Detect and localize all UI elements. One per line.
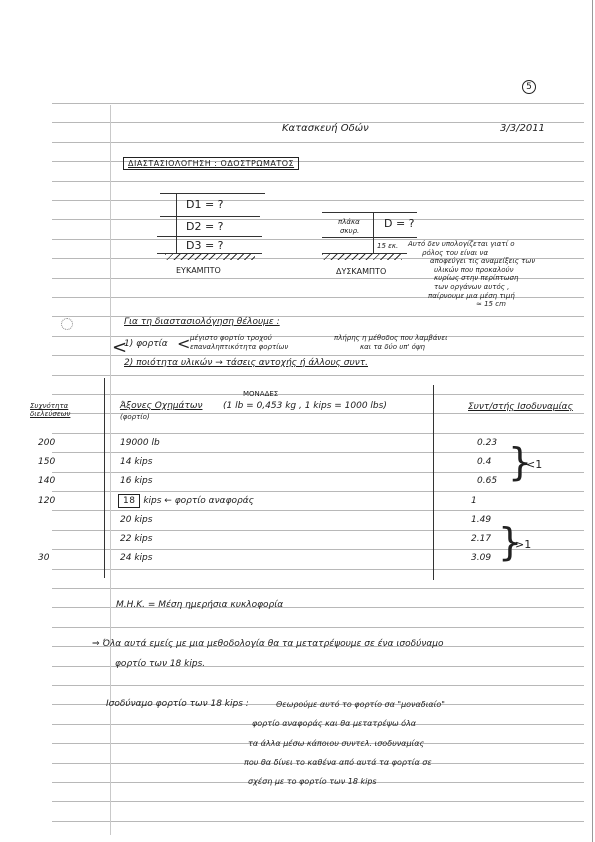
- col-factor-header: Συντ/στής Ισοδυναμίας: [468, 402, 573, 412]
- row-load: 19000 lb: [120, 438, 160, 448]
- rigid-note-line: κυρίως στην περίπτωση: [434, 274, 518, 282]
- ruled-line: [52, 394, 584, 395]
- row-load: 22 kips: [120, 534, 152, 544]
- requirements-intro: Για τη διαστασιολόγηση θέλουμε :: [124, 317, 280, 327]
- ruled-line: [52, 375, 584, 376]
- row-load: 24 kips: [120, 553, 152, 563]
- section-title: ΔΙΑΣΤΑΣΙΟΛΟΓΗΣΗ : ΟΔΟΣΤΡΩΜΑΤΟΣ: [123, 159, 299, 168]
- group-less-than-one: <1: [526, 458, 542, 471]
- row-load: 16 kips: [120, 476, 152, 486]
- requirement-1-sub-a: μέγιστο φορτίο τροχού: [190, 334, 272, 342]
- row-load: 20 kips: [120, 515, 152, 525]
- requirement-2: 2) ποιότητα υλικών → τάσεις αντοχής ή άλ…: [124, 358, 368, 368]
- ruled-line: [52, 821, 584, 822]
- ruled-line: [52, 627, 584, 628]
- ruled-line: [52, 433, 584, 434]
- notebook-page: 5 Κατασκευή Οδών 3/3/2011 ΔΙΑΣΤΑΣΙΟΛΟΓΗΣ…: [0, 0, 595, 842]
- ruled-line: [52, 588, 584, 589]
- layer-line: [322, 212, 417, 213]
- row-factor: 2.17: [471, 534, 491, 544]
- page-title: Κατασκευή Οδών: [282, 123, 369, 134]
- ground-hatch: [322, 254, 402, 260]
- layer-line: [160, 216, 260, 217]
- slab-label-2: σκυρ.: [340, 227, 359, 235]
- reference-load-box: 18: [118, 494, 140, 508]
- ruled-line: [52, 685, 584, 686]
- ruled-line: [52, 472, 584, 473]
- brace-icon: <: [177, 334, 190, 353]
- ruled-line: [52, 569, 584, 570]
- ruled-line: [52, 355, 584, 356]
- row-factor: 1: [471, 496, 477, 506]
- ruled-line: [52, 181, 584, 182]
- row-load: 14 kips: [120, 457, 152, 467]
- ruled-line: [52, 510, 584, 511]
- layer-line: [322, 237, 417, 238]
- row-factor: 0.23: [477, 438, 497, 448]
- equivalent-load-line: τα άλλα μέσω κάποιου συντελ. ισοδυναμίας: [248, 739, 424, 748]
- rigid-note-line: Αυτό δεν υπολογίζεται γιατί ο: [408, 240, 514, 248]
- paper-hole: [61, 318, 73, 330]
- slab-label: πλάκα: [338, 218, 360, 226]
- equivalent-load-term: Ισοδύναμο φορτίο των 18 kips :: [106, 699, 249, 709]
- ruled-line: [52, 200, 584, 201]
- rigid-note-line: αποφεύγει τις αναμείξεις των: [430, 257, 535, 265]
- row-load: 18 kips ← φορτίο αναφοράς: [118, 496, 254, 506]
- page-edge: [592, 0, 593, 842]
- row-frequency: 200: [38, 438, 55, 448]
- equivalent-load-line: Θεωρούμε αυτό το φορτίο σα "μοναδιαίο": [276, 700, 445, 709]
- rigid-note-line: ρόλος του είναι να: [422, 249, 488, 257]
- row-factor: 0.65: [477, 476, 497, 486]
- ruled-line: [52, 491, 584, 492]
- row-factor: 3.09: [471, 553, 491, 563]
- label-d3: D3 = ?: [186, 239, 224, 252]
- ruled-line: [52, 801, 584, 802]
- requirement-1-note-a: πλήρης η μέθοδος που λαμβάνει: [334, 334, 448, 342]
- row-frequency: 30: [38, 553, 49, 563]
- equivalent-load-line: φορτίο αναφοράς και θα μετατρέψω όλα: [252, 719, 416, 728]
- row-frequency: 140: [38, 476, 55, 486]
- conclusion-line-2: φορτίο των 18 kips.: [115, 659, 205, 669]
- requirement-1-note-b: και τα δύο υπ' όψη: [360, 343, 425, 351]
- margin-line: [110, 105, 111, 835]
- rigid-note-line: των οργάνων αυτός ,: [434, 283, 509, 291]
- row-factor: 0.4: [477, 457, 491, 467]
- ruled-line: [52, 336, 584, 337]
- label-d2: D2 = ?: [186, 220, 224, 233]
- mhk-definition: Μ.Η.Κ. = Μέση ημερήσια κυκλοφορία: [116, 600, 283, 610]
- page-number: 5: [522, 80, 536, 94]
- col-frequency-header: Συχνότητα: [30, 402, 68, 410]
- ruled-line: [52, 219, 584, 220]
- row-frequency: 150: [38, 457, 55, 467]
- dimension-arrow: [373, 212, 374, 253]
- rigid-note-line: παίρνουμε μια μέση τιμή: [428, 292, 515, 300]
- col-load-header: Άξονες Οχημάτων: [120, 401, 202, 411]
- conclusion-line-1: ⇒ Όλα αυτά εμείς με μια μεθοδολογία θα τ…: [92, 639, 444, 649]
- requirement-1-sub-b: επαναληπτικότητα φορτίων: [190, 343, 288, 351]
- table-divider: [104, 378, 105, 578]
- units-title: ΜΟΝΑΔΕΣ: [243, 390, 278, 398]
- equivalent-load-line: σχέση με το φορτίο των 18 kips: [248, 777, 377, 786]
- col-frequency-header-2: διελεύσεων: [30, 410, 70, 418]
- ruled-line: [52, 103, 584, 104]
- col-load-subheader: (φορτίο): [120, 413, 150, 421]
- layer-line: [157, 236, 262, 237]
- ruled-line: [52, 452, 584, 453]
- group-greater-than-one: >1: [515, 538, 531, 551]
- rigid-note-line: υλικών που προκαλούν: [434, 266, 514, 274]
- caption-rigid: ΔΥΣΚΑΜΠΤΟ: [336, 267, 386, 276]
- requirement-1: 1) φορτία: [124, 339, 168, 349]
- base-thickness: 15 εκ.: [377, 242, 398, 250]
- equivalent-load-line: που θα δίνει το καθένα από αυτά τα φορτί…: [244, 758, 432, 767]
- date: 3/3/2011: [500, 123, 545, 134]
- dimension-arrow: [176, 193, 177, 253]
- row-frequency: 120: [38, 496, 55, 506]
- row-factor: 1.49: [471, 515, 491, 525]
- rigid-note-line: ≈ 15 cm: [476, 300, 506, 308]
- units: (1 lb = 0,453 kg , 1 kips = 1000 lbs): [223, 401, 387, 411]
- table-divider: [433, 385, 434, 580]
- caption-flexible: ΕΥΚΑΜΠΤΟ: [176, 266, 221, 275]
- label-d: D = ?: [384, 217, 415, 230]
- ruled-line: [52, 142, 584, 143]
- ground-hatch: [165, 254, 255, 260]
- label-d1: D1 = ?: [186, 198, 224, 211]
